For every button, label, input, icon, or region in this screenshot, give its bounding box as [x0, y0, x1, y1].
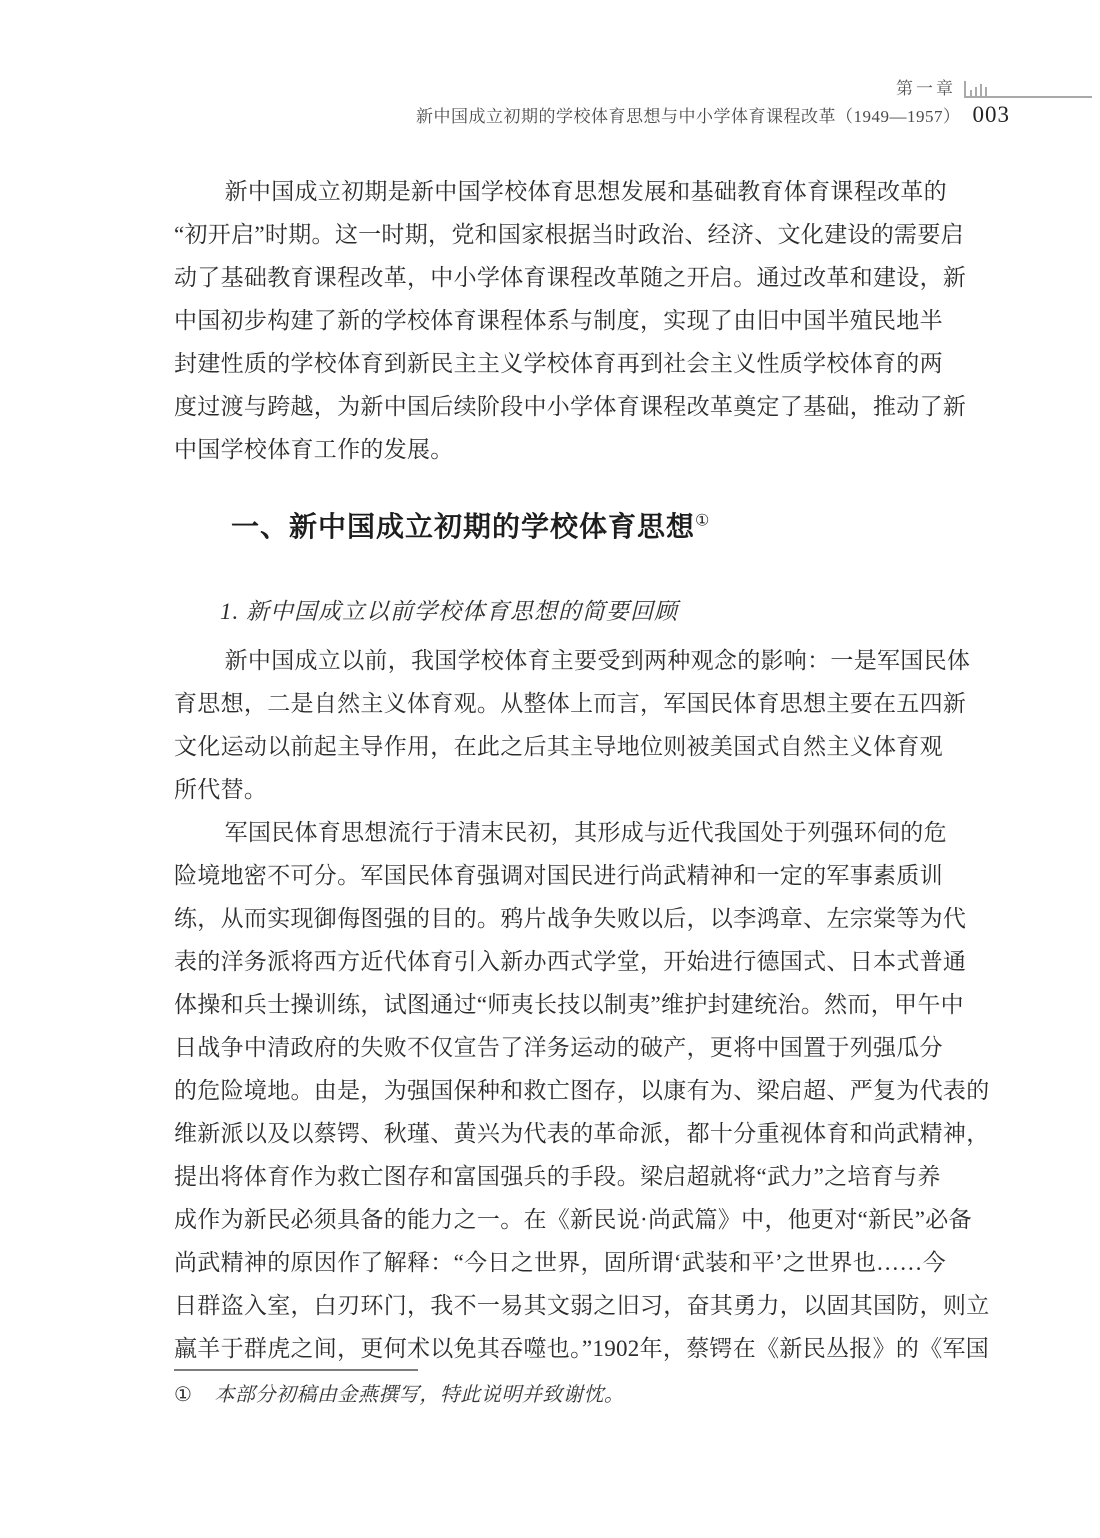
bar-chart-icon — [964, 81, 1092, 98]
body-text-line: 的危险境地。由是，为强国保种和救亡图存，以康有为、梁启超、严复为代表的 — [174, 1069, 969, 1112]
header-row-chapter: 第一章 — [0, 80, 1100, 98]
footnote-ref-mark: ① — [695, 513, 710, 530]
bar-chart-icon-bar — [970, 90, 972, 96]
footnote-text: 本部分初稿由金燕撰写，特此说明并致谢忱。 — [214, 1384, 624, 1406]
book-page: 第一章 新中国成立初期的学校体育思想与中小学体育课程改革（1949—1957） … — [0, 0, 1100, 1538]
body-text-line: 险境地密不可分。军国民体育强调对国民进行尚武精神和一定的军事素质训 — [174, 854, 969, 897]
body-text-line: 封建性质的学校体育到新民主主义学校体育再到社会主义性质学校体育的两 — [174, 342, 969, 385]
bar-chart-icon-bar — [980, 84, 982, 96]
page-number: 003 — [973, 100, 1011, 130]
body-text-area: 新中国成立初期是新中国学校体育思想发展和基础教育体育课程改革的“初开启”时期。这… — [174, 170, 969, 1370]
body-text-line: 日战争中清政府的失败不仅宣告了洋务运动的破产，更将中国置于列强瓜分 — [174, 1026, 969, 1069]
footnote-divider — [174, 1369, 418, 1371]
bar-chart-icon-bar — [985, 87, 987, 96]
body-text-line: 中国初步构建了新的学校体育课程体系与制度，实现了由旧中国半殖民地半 — [174, 299, 969, 342]
body-text-line: “初开启”时期。这一时期，党和国家根据当时政治、经济、文化建设的需要启 — [174, 213, 969, 256]
body-text-line: 度过渡与跨越，为新中国后续阶段中小学体育课程改革奠定了基础，推动了新 — [174, 385, 969, 428]
body-text-line: 所代替。 — [174, 768, 969, 811]
body-text-line: 新中国成立初期是新中国学校体育思想发展和基础教育体育课程改革的 — [174, 170, 969, 213]
body-text-line: 中国学校体育工作的发展。 — [174, 428, 969, 471]
body-text-line: 羸羊于群虎之间，更何术以免其吞噬也。”1902年，蔡锷在《新民丛报》的《军国 — [174, 1327, 969, 1370]
body-text-line: 提出将体育作为救亡图存和富国强兵的手段。梁启超就将“武力”之培育与养 — [174, 1155, 969, 1198]
body-text-line: 新中国成立以前，我国学校体育主要受到两种观念的影响：一是军国民体 — [174, 639, 969, 682]
body-text-line: 表的洋务派将西方近代体育引入新办西式学堂，开始进行德国式、日本式普通 — [174, 940, 969, 983]
body-text-line: 日群盗入室，白刃环门，我不一易其文弱之旧习，奋其勇力，以固其国防，则立 — [174, 1284, 969, 1327]
bar-chart-icon-bar — [975, 87, 977, 96]
paragraph-militarist-thought: 军国民体育思想流行于清末民初，其形成与近代我国处于列强环伺的危险境地密不可分。军… — [174, 811, 969, 1370]
body-text-line: 动了基础教育课程改革，中小学体育课程改革随之开启。通过改革和建设，新 — [174, 256, 969, 299]
chapter-label: 第一章 — [896, 80, 956, 98]
body-text-line: 文化运动以前起主导作用，在此之后其主导地位则被美国式自然主义体育观 — [174, 725, 969, 768]
footnote-marker: ① — [174, 1384, 192, 1406]
running-title: 新中国成立初期的学校体育思想与中小学体育课程改革（1949—1957） — [416, 102, 961, 132]
footnote: ①本部分初稿由金燕撰写，特此说明并致谢忱。 — [174, 1380, 624, 1410]
body-text-line: 尚武精神的原因作了解释：“今日之世界，固所谓‘武装和平’之世界也……今 — [174, 1241, 969, 1284]
paragraph-two-concepts: 新中国成立以前，我国学校体育主要受到两种观念的影响：一是军国民体育思想，二是自然… — [174, 639, 969, 811]
header-row-title: 新中国成立初期的学校体育思想与中小学体育课程改革（1949—1957） 003 — [0, 100, 1100, 132]
paragraph-intro: 新中国成立初期是新中国学校体育思想发展和基础教育体育课程改革的“初开启”时期。这… — [174, 170, 969, 471]
body-text-line: 成作为新民必须具备的能力之一。在《新民说·尚武篇》中，他更对“新民”必备 — [174, 1198, 969, 1241]
body-text-line: 育思想，二是自然主义体育观。从整体上而言，军国民体育思想主要在五四新 — [174, 682, 969, 725]
body-text-line: 维新派以及以蔡锷、秋瑾、黄兴为代表的革命派，都十分重视体育和尚武精神， — [174, 1112, 969, 1155]
body-text-line: 军国民体育思想流行于清末民初，其形成与近代我国处于列强环伺的危 — [174, 811, 969, 854]
section-heading-text: 一、新中国成立初期的学校体育思想 — [231, 512, 695, 543]
body-text-line: 体操和兵士操训练，试图通过“师夷长技以制夷”维护封建统治。然而，甲午中 — [174, 983, 969, 1026]
body-text-line: 练，从而实现御侮图强的目的。鸦片战争失败以后，以李鸿章、左宗棠等为代 — [174, 897, 969, 940]
subsection-heading: 1. 新中国成立以前学校体育思想的简要回顾 — [174, 590, 969, 633]
section-heading: 一、新中国成立初期的学校体育思想① — [174, 506, 969, 550]
